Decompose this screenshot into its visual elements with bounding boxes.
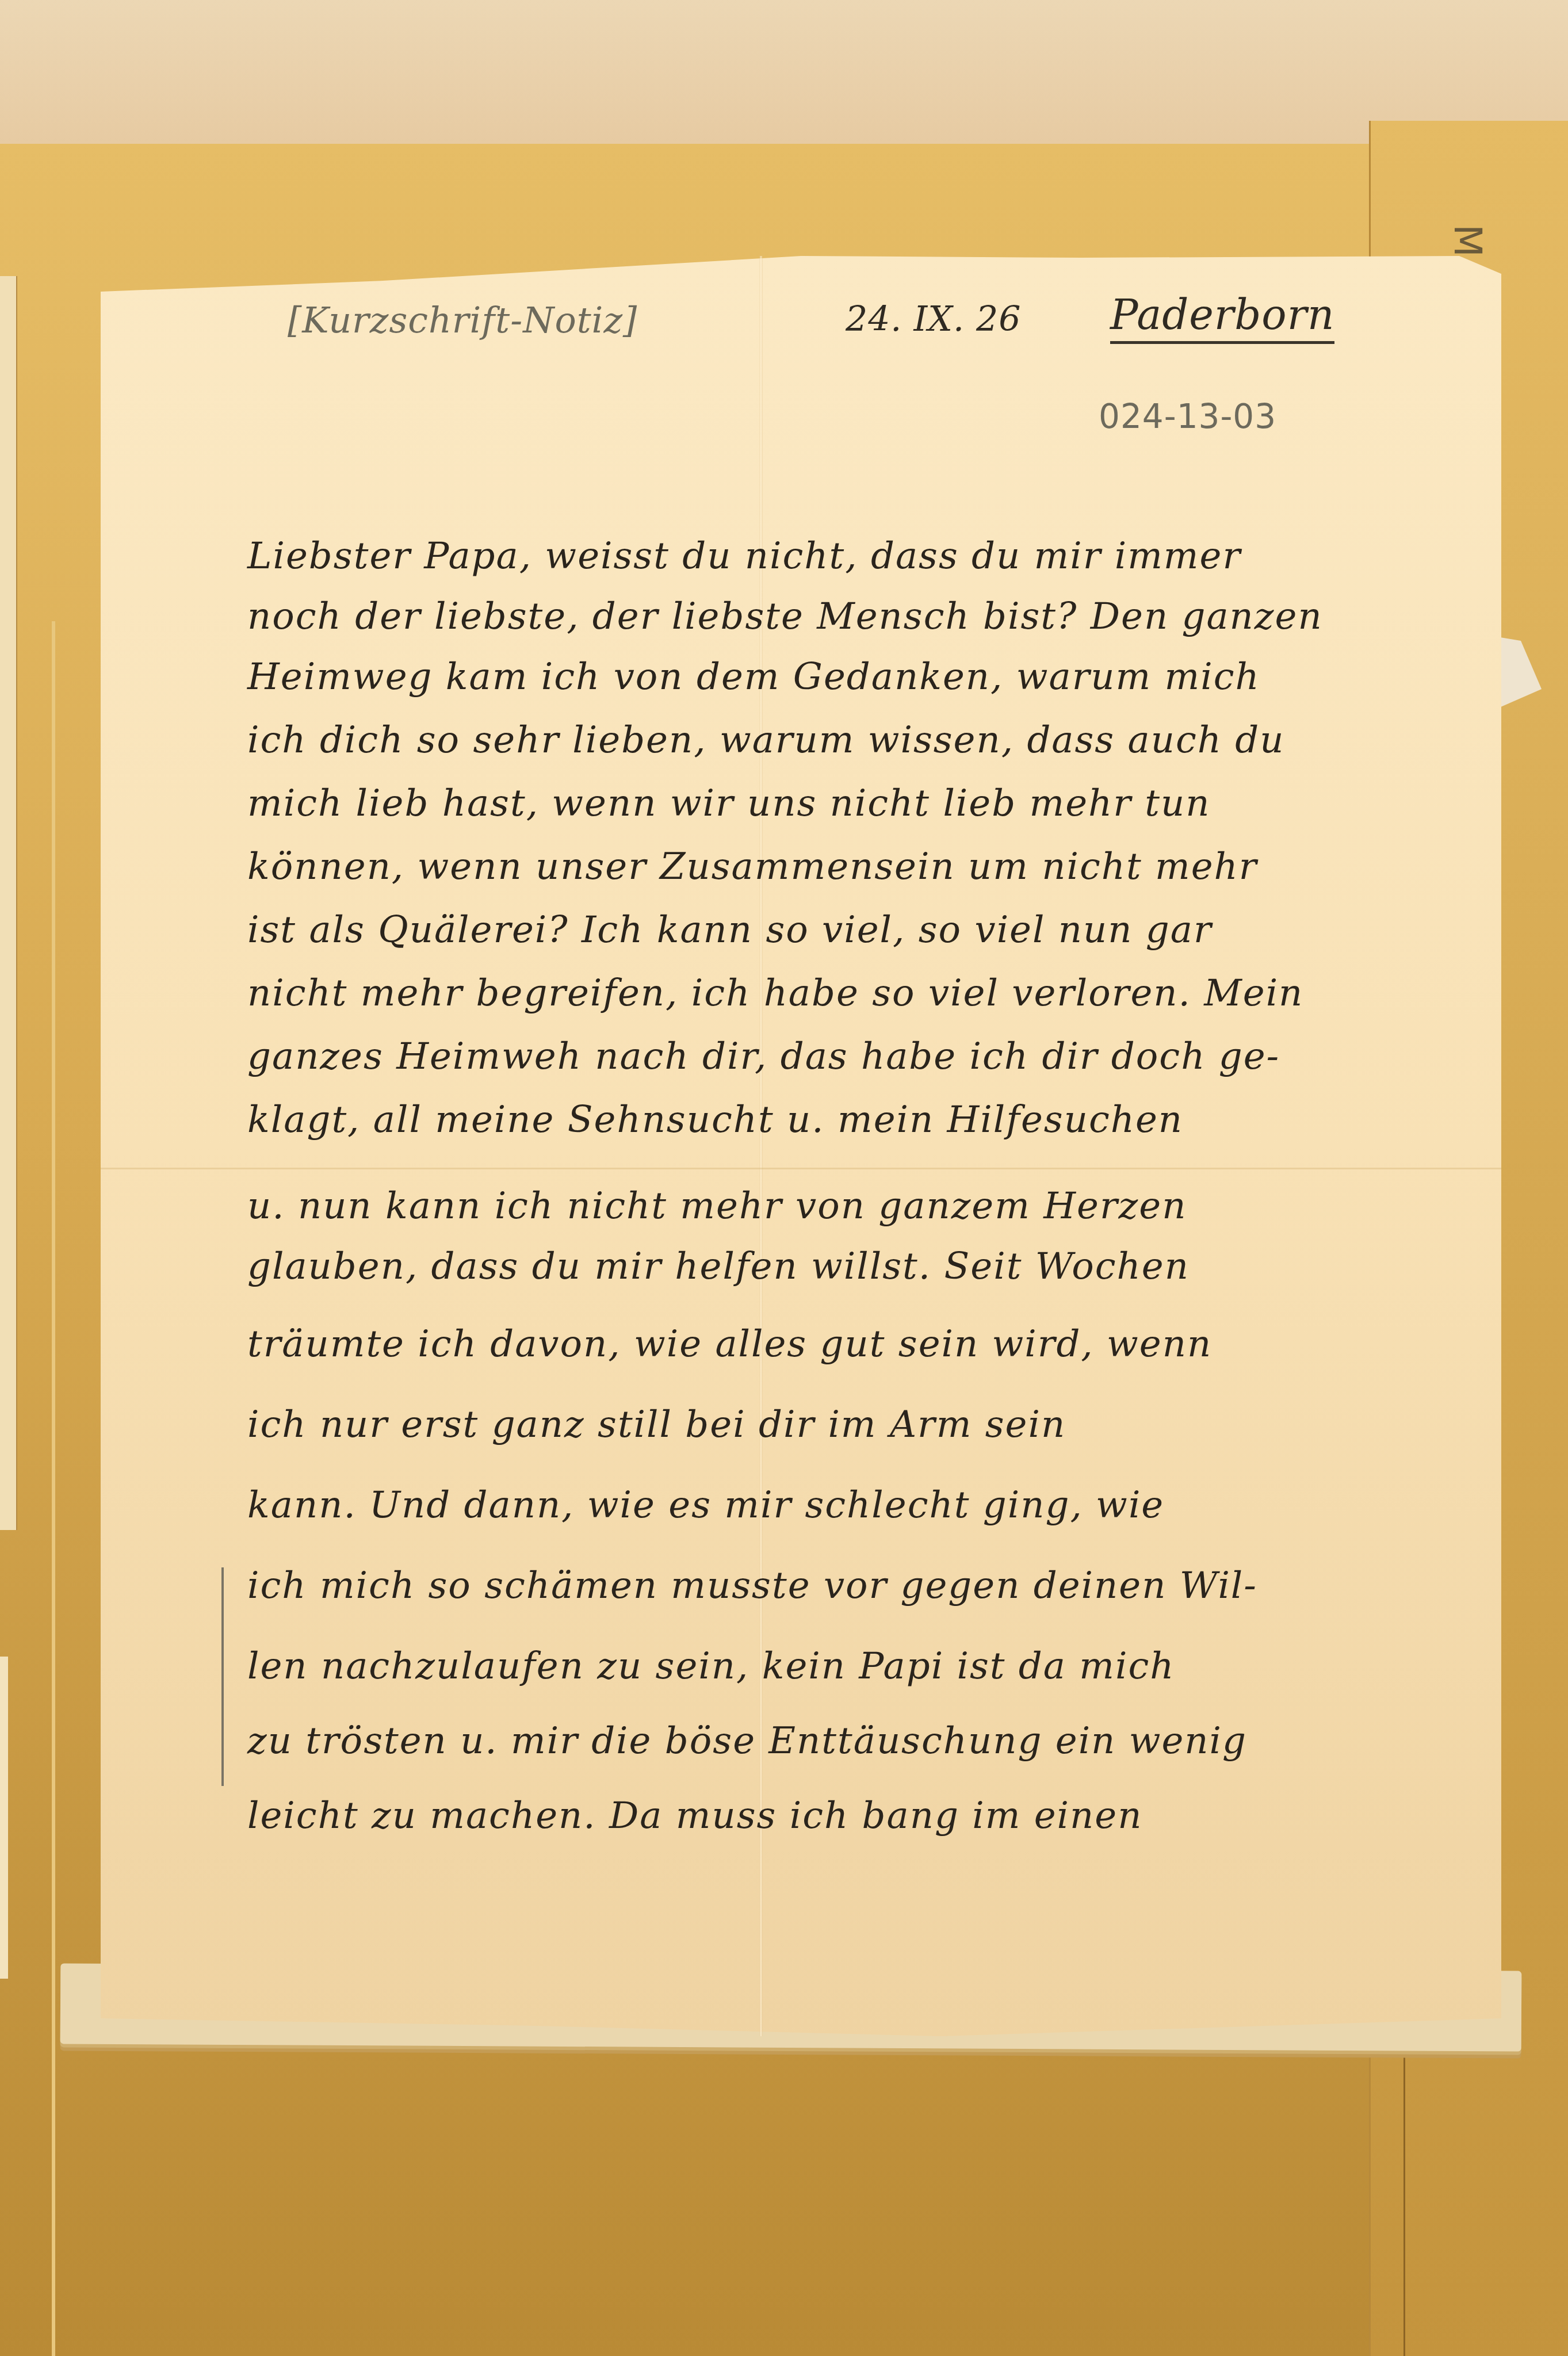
letter-line: ich mich so schämen musste vor gegen dei…	[247, 1565, 1257, 1607]
letter-line: leicht zu machen. Da muss ich bang im ei…	[247, 1795, 1142, 1837]
table-surface	[0, 0, 1568, 161]
vertical-fold	[759, 256, 763, 2036]
horizontal-fold	[101, 1168, 1501, 1169]
letter-line: träumte ich davon, wie alles gut sein wi…	[247, 1323, 1212, 1366]
letter-line: len nachzulaufen zu sein, kein Papi ist …	[247, 1645, 1175, 1688]
letter-sheet	[101, 256, 1501, 2036]
letter-line: klagt, all meine Sehnsucht u. mein Hilfe…	[247, 1099, 1183, 1141]
letter-line: ich nur erst ganz still bei dir im Arm s…	[247, 1403, 1066, 1446]
letter-line: Liebster Papa, weisst du nicht, dass du …	[247, 535, 1241, 577]
folder-inner-edge	[52, 621, 55, 2356]
letter-line: können, wenn unser Zusammensein um nicht…	[247, 846, 1257, 888]
adjacent-card	[0, 276, 17, 1530]
folder-crease	[1403, 2002, 1405, 2356]
letter-date: 24. IX. 26	[846, 299, 1021, 339]
letter-line: ich dich so sehr lieben, warum wissen, d…	[247, 719, 1285, 762]
letter-line: kann. Und dann, wie es mir schlecht ging…	[247, 1484, 1164, 1527]
letter-line: glauben, dass du mir helfen willst. Seit…	[247, 1245, 1190, 1288]
letter-line: ist als Quälerei? Ich kann so viel, so v…	[247, 909, 1213, 951]
letter-line: zu trösten u. mir die böse Enttäuschung …	[247, 1720, 1247, 1762]
letter-line: Heimweg kam ich von dem Gedanken, warum …	[247, 656, 1260, 698]
margin-line	[221, 1567, 224, 1786]
letter-line: u. nun kann ich nicht mehr von ganzem He…	[247, 1185, 1187, 1227]
adjacent-card-lower	[0, 1657, 8, 1979]
bracket-note: [Kurzschrift-Notiz]	[288, 299, 637, 341]
letter-line: mich lieb hast, wenn wir uns nicht lieb …	[247, 782, 1210, 825]
letter-line: nicht mehr begreifen, ich habe so viel v…	[247, 972, 1303, 1015]
archive-number: 024-13-03	[1099, 397, 1276, 436]
letter-line: noch der liebste, der liebste Mensch bis…	[247, 595, 1323, 638]
letter-place: Paderborn	[1110, 290, 1334, 344]
letter-line: ganzes Heimweh nach dir, das habe ich di…	[247, 1035, 1280, 1078]
